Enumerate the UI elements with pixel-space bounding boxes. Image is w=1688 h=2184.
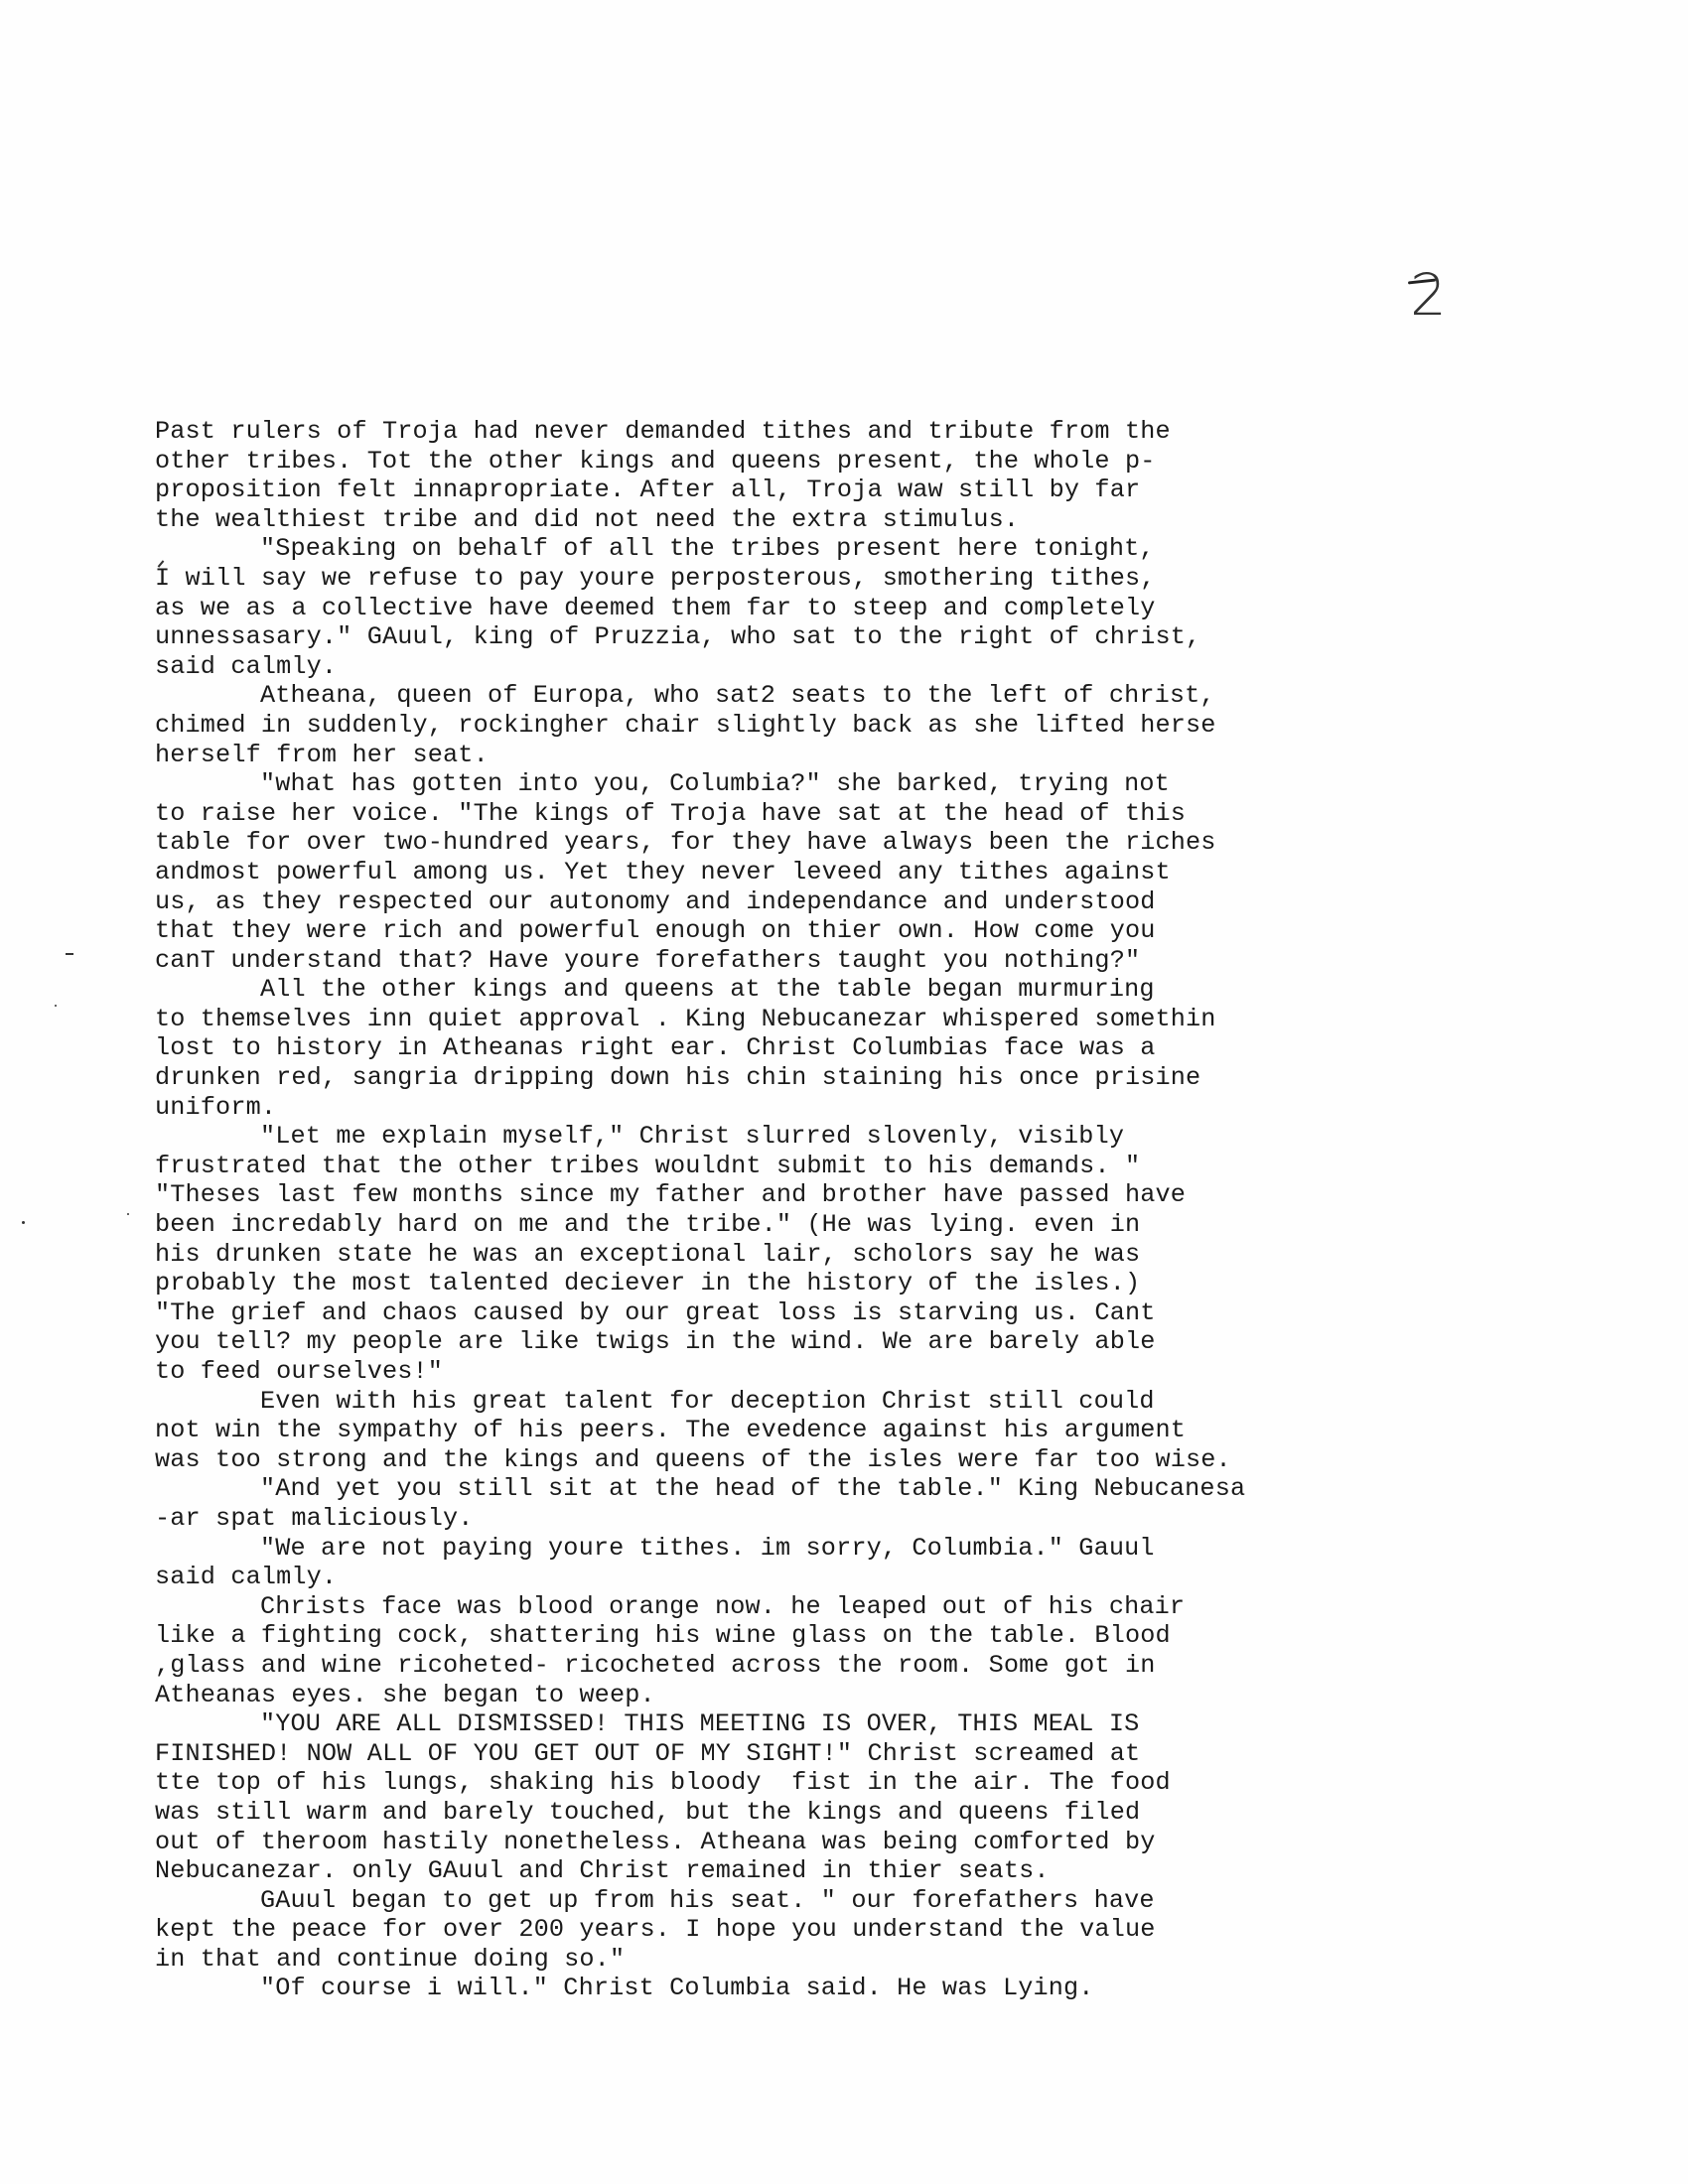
paragraph-first-line: "We are not paying youre tithes. im sorr…: [155, 1534, 1565, 1564]
text-line: not win the sympathy of his peers. The e…: [155, 1416, 1565, 1445]
text-line: tte top of his lungs, shaking his bloody…: [155, 1768, 1565, 1798]
margin-dash-mark: [66, 953, 73, 955]
paragraph-first-line: "And yet you still sit at the head of th…: [155, 1474, 1565, 1504]
text-line: canT understand that? Have youre forefat…: [155, 946, 1565, 976]
text-line: -ar spat maliciously.: [155, 1504, 1565, 1534]
text-line: been incredably hard on me and the tribe…: [155, 1210, 1565, 1240]
text-line: lost to history in Atheanas right ear. C…: [155, 1033, 1565, 1063]
text-line: unnessasary." GAuul, king of Pruzzia, wh…: [155, 622, 1565, 652]
text-line: to themselves inn quiet approval . King …: [155, 1005, 1565, 1034]
text-line: table for over two-hundred years, for th…: [155, 828, 1565, 858]
text-line: us, as they respected our autonomy and i…: [155, 887, 1565, 917]
text-line: "Theses last few months since my father …: [155, 1180, 1565, 1210]
text-line: uniform.: [155, 1093, 1565, 1123]
text-line: ,glass and wine ricoheted- ricocheted ac…: [155, 1651, 1565, 1681]
paragraph-first-line: "what has gotten into you, Columbia?" sh…: [155, 769, 1565, 799]
paragraph-first-line: All the other kings and queens at the ta…: [155, 975, 1565, 1005]
text-line: to feed ourselves!": [155, 1357, 1565, 1387]
text-line: FINISHED! NOW ALL OF YOU GET OUT OF MY S…: [155, 1739, 1565, 1769]
text-line: herself from her seat.: [155, 741, 1565, 770]
text-line: drunken red, sangria dripping down his c…: [155, 1063, 1565, 1093]
text-line: frustrated that the other tribes wouldnt…: [155, 1152, 1565, 1181]
scanned-page: 2 Past rulers of Troja had never demande…: [0, 0, 1688, 2184]
text-line: andmost powerful among us. Yet they neve…: [155, 858, 1565, 887]
paragraph-first-line: "Speaking on behalf of all the tribes pr…: [155, 534, 1565, 564]
text-line: was still warm and barely touched, but t…: [155, 1798, 1565, 1828]
text-line: probably the most talented deciever in t…: [155, 1269, 1565, 1298]
paragraph-first-line: "Of course i will." Christ Columbia said…: [155, 1974, 1565, 2003]
paragraph-first-line: GAuul began to get up from his seat. " o…: [155, 1886, 1565, 1916]
text-line: Nebucanezar. only GAuul and Christ remai…: [155, 1856, 1565, 1886]
text-line: proposition felt innapropriate. After al…: [155, 476, 1565, 505]
margin-speck: [55, 1005, 57, 1007]
text-line: Past rulers of Troja had never demanded …: [155, 417, 1565, 447]
text-line: you tell? my people are like twigs in th…: [155, 1327, 1565, 1357]
margin-speck: [22, 1221, 25, 1224]
margin-speck: [127, 1213, 129, 1215]
text-line: kept the peace for over 200 years. I hop…: [155, 1915, 1565, 1945]
text-line: the wealthiest tribe and did not need th…: [155, 505, 1565, 535]
text-line: to raise her voice. "The kings of Troja …: [155, 799, 1565, 829]
text-line: chimed in suddenly, rockingher chair sli…: [155, 711, 1565, 741]
text-line: Atheanas eyes. she began to weep.: [155, 1681, 1565, 1710]
text-line: in that and continue doing so.": [155, 1945, 1565, 1975]
page-number: 2: [1410, 266, 1447, 324]
text-line: his drunken state he was an exceptional …: [155, 1240, 1565, 1270]
text-line: other tribes. Tot the other kings and qu…: [155, 447, 1565, 477]
text-line: was too strong and the kings and queens …: [155, 1445, 1565, 1475]
manuscript-body: Past rulers of Troja had never demanded …: [155, 417, 1565, 2003]
text-line: that they were rich and powerful enough …: [155, 916, 1565, 946]
paragraph-first-line: Christs face was blood orange now. he le…: [155, 1592, 1565, 1622]
text-line: like a fighting cock, shattering his win…: [155, 1621, 1565, 1651]
text-line: I will say we refuse to pay youre perpos…: [155, 564, 1565, 594]
text-line: out of theroom hastily nonetheless. Athe…: [155, 1828, 1565, 1857]
paragraph-first-line: "YOU ARE ALL DISMISSED! THIS MEETING IS …: [155, 1709, 1565, 1739]
text-line: said calmly.: [155, 1563, 1565, 1592]
paragraph-first-line: Even with his great talent for deception…: [155, 1387, 1565, 1417]
paragraph-first-line: "Let me explain myself," Christ slurred …: [155, 1122, 1565, 1152]
text-line: said calmly.: [155, 652, 1565, 682]
text-line: as we as a collective have deemed them f…: [155, 594, 1565, 623]
text-line: "The grief and chaos caused by our great…: [155, 1298, 1565, 1328]
paragraph-first-line: Atheana, queen of Europa, who sat2 seats…: [155, 681, 1565, 711]
